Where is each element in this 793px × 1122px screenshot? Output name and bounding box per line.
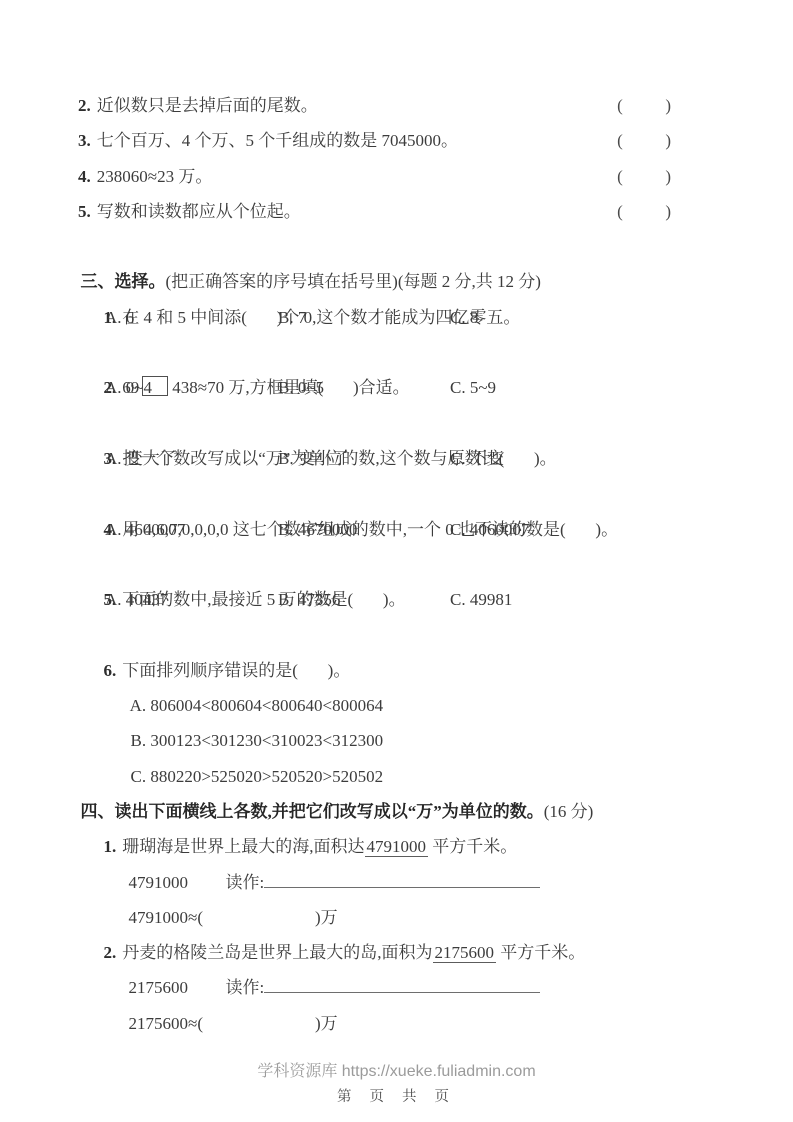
option-a: A. 4600007 [105, 512, 278, 547]
mc-question-4-stem: 4.用 4,6,7,0,0,0,0 这七个数字组成的数中,一个 0 也不读的数是… [0, 476, 793, 511]
option-a: A. 变大了 [105, 441, 278, 476]
read-as-label: 读作: [226, 978, 265, 997]
underlined-number: 2175600 [433, 943, 497, 963]
approx-expression: 2175600≈( [129, 1014, 204, 1033]
statement-text: 238060≈23 万。 [97, 167, 213, 186]
question-number: 5. [78, 202, 97, 221]
read-as-label: 读作: [226, 873, 265, 892]
approx-expression: 4791000≈( [129, 908, 204, 927]
option-a: A. 0~4 [105, 370, 278, 405]
option-c: C. 8 [450, 300, 478, 335]
question-text: 下面排列顺序错误的是( )。 [122, 661, 350, 680]
tf-item-3: 3.七个百万、4 个万、5 个千组成的数是 7045000。 ( ) [0, 123, 793, 158]
mc-question-3-stem: 3.把一个数改写成以“万”为单位的数,这个数与原数比( )。 [0, 406, 793, 441]
tf-item-text: 5.写数和读数都应从个位起。 [78, 194, 301, 229]
section-title: 四、读出下面横线上各数,并把它们改写成以“万”为单位的数。 [81, 802, 544, 821]
answer-parentheses: ( ) [617, 88, 671, 123]
question-number: 1. [104, 837, 123, 856]
option-a: A. 6 [105, 300, 278, 335]
approx-unit: )万 [315, 1014, 338, 1033]
section-title: 三、选择。 [81, 272, 166, 291]
tf-item-2: 2.近似数只是去掉后面的尾数。 ( ) [0, 88, 793, 123]
question-number: 2. [78, 96, 97, 115]
option-b: B. 变小了 [278, 441, 450, 476]
statement-text: 写数和读数都应从个位起。 [97, 202, 301, 221]
worksheet-page: 2.近似数只是去掉后面的尾数。 ( ) 3.七个百万、4 个万、5 个千组成的数… [0, 0, 793, 1122]
question-number: 3. [78, 131, 97, 150]
answer-parentheses: ( ) [617, 159, 671, 194]
tf-item-5: 5.写数和读数都应从个位起。 ( ) [0, 194, 793, 229]
sentence-prefix: 珊瑚海是世界上最大的海,面积达 [122, 837, 364, 856]
answer-parentheses: ( ) [617, 123, 671, 158]
option-b: B. 4670000 [278, 512, 450, 547]
mc-question-4-options: A. 4600007 B. 4670000 C. 4060007 [0, 512, 793, 547]
mc-question-2-options: A. 0~4 B. 0~5 C. 5~9 [0, 370, 793, 405]
number-value: 2175600 [129, 970, 226, 1005]
question-number: 6. [104, 661, 123, 680]
question-number: 4. [78, 167, 97, 186]
number-value: 4791000 [129, 865, 226, 900]
option-a: A. 40437 [105, 582, 278, 617]
option-c: C. 4060007 [450, 512, 529, 547]
option-a: A. 806004<800604<800640<800064 [130, 696, 384, 715]
option-b: B. 47356 [278, 582, 450, 617]
answer-parentheses: ( ) [617, 194, 671, 229]
option-c: C. 5~9 [450, 370, 496, 405]
option-c: C. 880220>525020>520520>520502 [131, 767, 384, 786]
sentence-suffix: 平方千米。 [496, 943, 585, 962]
mc-question-3-options: A. 变大了 B. 变小了 C. 不变 [0, 441, 793, 476]
sentence-prefix: 丹麦的格陵兰岛是世界上最大的岛,面积为 [122, 943, 432, 962]
statement-text: 近似数只是去掉后面的尾数。 [97, 96, 318, 115]
section-3-header: 三、选择。(把正确答案的序号填在括号里)(每题 2 分,共 12 分) [0, 229, 793, 264]
footer-page-label: 第 页 共 页 [0, 1087, 793, 1107]
mc-question-2-stem: 2.69438≈70 万,方框里填( )合适。 [0, 335, 793, 370]
option-c: C. 49981 [450, 582, 512, 617]
sentence-suffix: 平方千米。 [428, 837, 517, 856]
mc-question-5-stem: 5.下面的数中,最接近 5 万的数是( )。 [0, 547, 793, 582]
mc-question-6-stem: 6.下面排列顺序错误的是( )。 [0, 617, 793, 652]
question-number: 2. [104, 943, 123, 962]
approx-unit: )万 [315, 908, 338, 927]
tf-item-4: 4.238060≈23 万。 ( ) [0, 159, 793, 194]
mc-question-1-options: A. 6 B. 7 C. 8 [0, 300, 793, 335]
tf-item-text: 3.七个百万、4 个万、5 个千组成的数是 7045000。 [78, 123, 458, 158]
statement-text: 七个百万、4 个万、5 个千组成的数是 7045000。 [97, 131, 458, 150]
footer-site-text: 学科资源库 https://xueke.fuliadmin.com [0, 1062, 793, 1082]
section-score: (16 分) [544, 802, 594, 821]
answer-blank-line [264, 972, 540, 993]
option-b: B. 0~5 [278, 370, 450, 405]
worksheet-content: 2.近似数只是去掉后面的尾数。 ( ) 3.七个百万、4 个万、5 个千组成的数… [0, 88, 793, 1006]
tf-item-text: 4.238060≈23 万。 [78, 159, 212, 194]
mc-question-5-options: A. 40437 B. 47356 C. 49981 [0, 582, 793, 617]
option-c: C. 不变 [450, 441, 504, 476]
option-b: B. 300123<301230<310023<312300 [131, 731, 384, 750]
tf-item-text: 2.近似数只是去掉后面的尾数。 [78, 88, 318, 123]
answer-blank-line [264, 867, 540, 888]
underlined-number: 4791000 [365, 837, 429, 857]
option-b: B. 7 [278, 300, 450, 335]
section-instructions: (把正确答案的序号填在括号里)(每题 2 分,共 12 分) [166, 272, 541, 291]
